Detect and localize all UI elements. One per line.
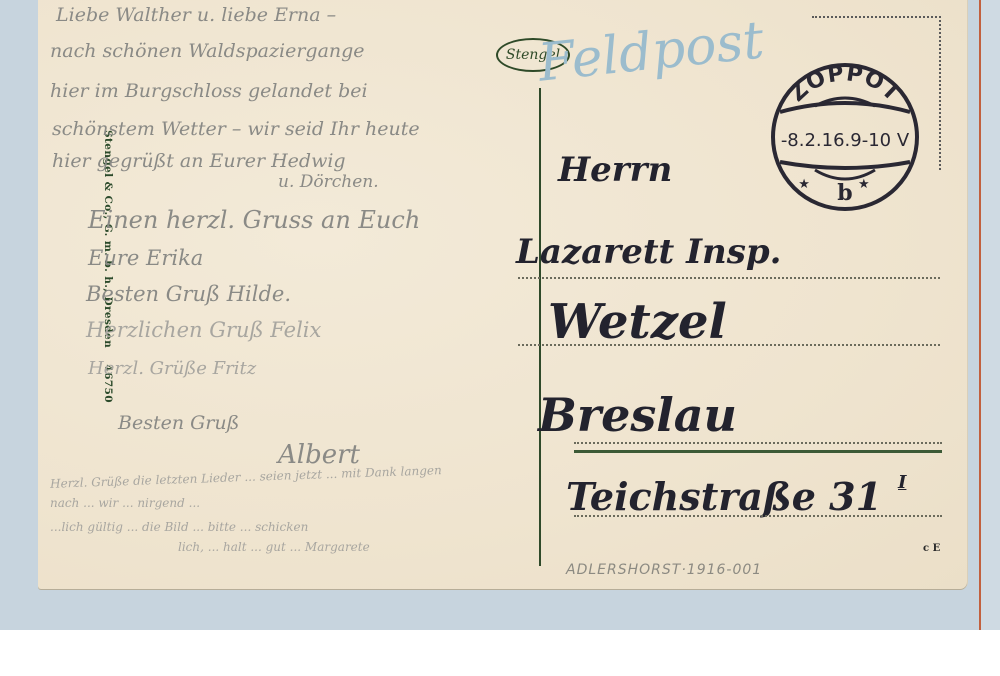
address-city-underline [574,450,942,453]
greeting-line: Einen herzl. Gruss an Euch [88,206,420,234]
scribbled-line: ...lich gültig ... die Bild ... bitte ..… [50,520,308,534]
address-guide-line [518,344,940,346]
message-line: hier im Burgschloss gelandet bei [50,80,368,102]
greeting-line: Herzlichen Gruß Felix [86,318,321,342]
postmark-stars: ★ ★ [798,177,891,192]
message-line: schönstem Wetter – wir seid Ihr heute [52,118,420,140]
greeting-line: Herzl. Grüße Fritz [88,358,256,379]
svg-text:ZOPPOT: ZOPPOT [785,61,905,107]
recipient-city: Breslau [538,388,737,442]
scribbled-line: nach ... wir ... nirgend ... [50,496,200,510]
postmark-date: -8.2.16.9-10 V [781,130,910,151]
postmark-town: ZOPPOT [785,61,905,107]
scribbled-line: lich, ... halt ... gut ... Margarete [178,540,370,554]
recipient-street: Teichstraße 31 [566,474,882,519]
address-guide-line [574,515,942,517]
address-guide-line [574,442,942,444]
message-line: Liebe Walther u. liebe Erna – [56,4,336,26]
inventory-label: ADLERSHORST·1916-001 [566,562,762,578]
scanner-margin [981,0,1000,630]
center-divider [539,88,541,566]
postcard: Stengel Stengel & Co., G. m. b. h., Dres… [38,0,967,589]
address-guide-line [518,277,940,279]
message-line: nach schönen Waldspaziergange [50,40,365,62]
recipient-floor: I [898,472,906,493]
recipient-rank: Lazarett Insp. [516,232,781,272]
recipient-name: Wetzel [548,294,727,350]
corner-mark: c E [923,543,940,554]
recipient-salutation: Herrn [558,150,672,190]
postmark-icon: ZOPPOT -8.2.16.9-10 V b ★ ★ [760,60,930,215]
message-line: hier gegrüßt an Eurer Hedwig [52,150,346,172]
scribbled-line: Herzl. Grüße die letzten Lieder ... seie… [50,463,442,491]
greeting-line: Eure Erika [88,246,203,270]
message-line: u. Dörchen. [278,172,379,192]
greeting-line: Besten Gruß [118,412,239,434]
greeting-line: Besten Gruß Hilde. [86,282,291,306]
feldpost-note: Feldpost [535,10,766,93]
